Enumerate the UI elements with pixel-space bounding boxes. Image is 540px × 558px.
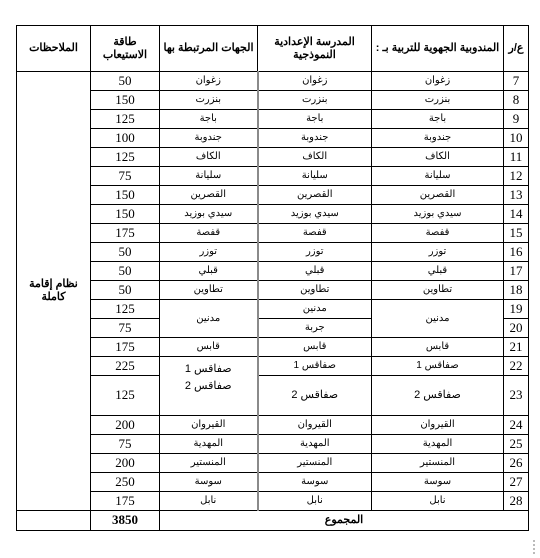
table-row: 14 سيدي بوزيد سيدي بوزيد سيدي بوزيد 150	[17, 205, 529, 224]
office-cell: بنزرت	[372, 91, 504, 110]
row-num: 15	[504, 224, 529, 243]
office-cell: قابس	[372, 338, 504, 357]
row-num: 8	[504, 91, 529, 110]
table-row: 27 سوسة سوسة سوسة 250	[17, 473, 529, 492]
table-row: 19 مدنين مدنين مدنين 125	[17, 300, 529, 319]
capacity-cell: 75	[91, 167, 160, 186]
capacity-cell: 50	[91, 262, 160, 281]
school-cell: جربة	[258, 319, 372, 338]
linked-cell: باجة	[160, 110, 258, 129]
table-row: 28 نابل نابل نابل 175	[17, 492, 529, 511]
capacity-cell: 100	[91, 129, 160, 148]
capacity-cell: 250	[91, 473, 160, 492]
office-cell: تطاوين	[372, 281, 504, 300]
school-cell: مدنين	[258, 300, 372, 319]
row-num: 22	[504, 357, 529, 376]
row-num: 17	[504, 262, 529, 281]
capacity-cell: 75	[91, 319, 160, 338]
table-row: 7 زغوان زغوان زغوان 50 نظام إقامة كاملة	[17, 72, 529, 91]
row-num: 11	[504, 148, 529, 167]
linked-cell: قفصة	[160, 224, 258, 243]
row-num: 26	[504, 454, 529, 473]
total-row: المجموع 3850	[17, 511, 529, 531]
capacity-cell: 125	[91, 376, 160, 416]
linked-cell: القيروان	[160, 416, 258, 435]
table-row: 16 توزر توزر توزر 50	[17, 243, 529, 262]
table-row: 24 القيروان القيروان القيروان 200	[17, 416, 529, 435]
office-cell: نابل	[372, 492, 504, 511]
capacity-cell: 125	[91, 110, 160, 129]
school-cell: القصرين	[258, 186, 372, 205]
header-row: ع/ر المندوبية الجهوية للتربية بـ : المدر…	[17, 26, 529, 72]
row-num: 23	[504, 376, 529, 416]
capacity-cell: 50	[91, 281, 160, 300]
row-num: 16	[504, 243, 529, 262]
school-cell: قفصة	[258, 224, 372, 243]
capacity-cell: 50	[91, 243, 160, 262]
row-num: 9	[504, 110, 529, 129]
row-num: 19	[504, 300, 529, 319]
linked-cell: سيدي بوزيد	[160, 205, 258, 224]
linked-cell: بنزرت	[160, 91, 258, 110]
capacity-cell: 150	[91, 205, 160, 224]
capacity-cell: 175	[91, 492, 160, 511]
linked-cell: القصرين	[160, 186, 258, 205]
office-cell: توزر	[372, 243, 504, 262]
linked-cell: صفاقس 1 صفاقس 2	[160, 357, 258, 416]
school-cell: توزر	[258, 243, 372, 262]
office-cell: قبلي	[372, 262, 504, 281]
capacity-table-container: ع/ر المندوبية الجهوية للتربية بـ : المدر…	[16, 25, 528, 531]
school-cell: الكاف	[258, 148, 372, 167]
linked-cell: تطاوين	[160, 281, 258, 300]
table-row: 26 المنستير المنستير المنستير 200	[17, 454, 529, 473]
linked-sfax-1: صفاقس 1	[160, 360, 257, 379]
header-capacity: طاقة الاستيعاب	[91, 26, 160, 72]
resize-handle[interactable]	[533, 540, 535, 556]
row-num: 10	[504, 129, 529, 148]
school-cell: باجة	[258, 110, 372, 129]
school-cell: سيدي بوزيد	[258, 205, 372, 224]
office-cell: قفصة	[372, 224, 504, 243]
header-regional-office: المندوبية الجهوية للتربية بـ :	[372, 26, 504, 72]
linked-cell: سوسة	[160, 473, 258, 492]
office-cell: القيروان	[372, 416, 504, 435]
school-cell: تطاوين	[258, 281, 372, 300]
office-cell: سليانة	[372, 167, 504, 186]
row-num: 14	[504, 205, 529, 224]
capacity-cell: 200	[91, 416, 160, 435]
school-cell: القيروان	[258, 416, 372, 435]
linked-cell: قابس	[160, 338, 258, 357]
total-remarks-empty	[17, 511, 91, 531]
capacity-cell: 75	[91, 435, 160, 454]
table-row: 22 صفاقس 1 صفاقس 1 صفاقس 1 صفاقس 2 225	[17, 357, 529, 376]
header-pilot-school: المدرسة الإعدادية النموذجية	[258, 26, 372, 72]
school-cell: سليانة	[258, 167, 372, 186]
school-cell: بنزرت	[258, 91, 372, 110]
row-num: 18	[504, 281, 529, 300]
linked-cell: الكاف	[160, 148, 258, 167]
linked-cell: زغوان	[160, 72, 258, 91]
linked-cell: مدنين	[160, 300, 258, 338]
total-label: المجموع	[160, 511, 529, 531]
row-num: 20	[504, 319, 529, 338]
row-num: 24	[504, 416, 529, 435]
capacity-cell: 200	[91, 454, 160, 473]
school-cell: صفاقس 1	[258, 357, 372, 376]
linked-cell: قبلي	[160, 262, 258, 281]
header-remarks: الملاحظات	[17, 26, 91, 72]
office-cell: الكاف	[372, 148, 504, 167]
school-cell: المهدية	[258, 435, 372, 454]
capacity-cell: 125	[91, 148, 160, 167]
capacity-cell: 225	[91, 357, 160, 376]
table-row: 23 صفاقس 2 صفاقس 2 125	[17, 376, 529, 416]
office-cell: زغوان	[372, 72, 504, 91]
school-cell: صفاقس 2	[258, 376, 372, 416]
header-linked-regions: الجهات المرتبطة بها	[160, 26, 258, 72]
capacity-cell: 175	[91, 338, 160, 357]
office-cell: جندوبة	[372, 129, 504, 148]
table-row: 21 قابس قابس قابس 175	[17, 338, 529, 357]
school-cell: قبلي	[258, 262, 372, 281]
table-row: 11 الكاف الكاف الكاف 125	[17, 148, 529, 167]
capacity-cell: 150	[91, 91, 160, 110]
row-num: 13	[504, 186, 529, 205]
office-cell: مدنين	[372, 300, 504, 338]
office-cell: المنستير	[372, 454, 504, 473]
school-cell: سوسة	[258, 473, 372, 492]
linked-cell: سليانة	[160, 167, 258, 186]
office-cell: القصرين	[372, 186, 504, 205]
linked-cell: توزر	[160, 243, 258, 262]
linked-cell: المهدية	[160, 435, 258, 454]
office-cell: سيدي بوزيد	[372, 205, 504, 224]
capacity-cell: 50	[91, 72, 160, 91]
row-num: 7	[504, 72, 529, 91]
school-cell: زغوان	[258, 72, 372, 91]
remarks-cell: نظام إقامة كاملة	[17, 72, 91, 511]
table-row: 15 قفصة قفصة قفصة 175	[17, 224, 529, 243]
capacity-table: ع/ر المندوبية الجهوية للتربية بـ : المدر…	[16, 25, 529, 531]
capacity-cell: 175	[91, 224, 160, 243]
total-value: 3850	[91, 511, 160, 531]
table-row: 13 القصرين القصرين القصرين 150	[17, 186, 529, 205]
linked-sfax-2: صفاقس 2	[160, 379, 257, 393]
table-row: 18 تطاوين تطاوين تطاوين 50	[17, 281, 529, 300]
linked-cell: جندوبة	[160, 129, 258, 148]
linked-cell: المنستير	[160, 454, 258, 473]
capacity-cell: 125	[91, 300, 160, 319]
office-cell: المهدية	[372, 435, 504, 454]
row-num: 28	[504, 492, 529, 511]
capacity-cell: 150	[91, 186, 160, 205]
linked-cell: نابل	[160, 492, 258, 511]
office-cell: باجة	[372, 110, 504, 129]
row-num: 27	[504, 473, 529, 492]
table-row: 12 سليانة سليانة سليانة 75	[17, 167, 529, 186]
table-row: 9 باجة باجة باجة 125	[17, 110, 529, 129]
table-row: 17 قبلي قبلي قبلي 50	[17, 262, 529, 281]
school-cell: قابس	[258, 338, 372, 357]
office-cell: صفاقس 2	[372, 376, 504, 416]
school-cell: نابل	[258, 492, 372, 511]
office-cell: صفاقس 1	[372, 357, 504, 376]
header-num: ع/ر	[504, 26, 529, 72]
table-row: 25 المهدية المهدية المهدية 75	[17, 435, 529, 454]
office-cell: سوسة	[372, 473, 504, 492]
table-row: 8 بنزرت بنزرت بنزرت 150	[17, 91, 529, 110]
row-num: 12	[504, 167, 529, 186]
row-num: 25	[504, 435, 529, 454]
table-row: 10 جندوبة جندوبة جندوبة 100	[17, 129, 529, 148]
school-cell: جندوبة	[258, 129, 372, 148]
school-cell: المنستير	[258, 454, 372, 473]
row-num: 21	[504, 338, 529, 357]
